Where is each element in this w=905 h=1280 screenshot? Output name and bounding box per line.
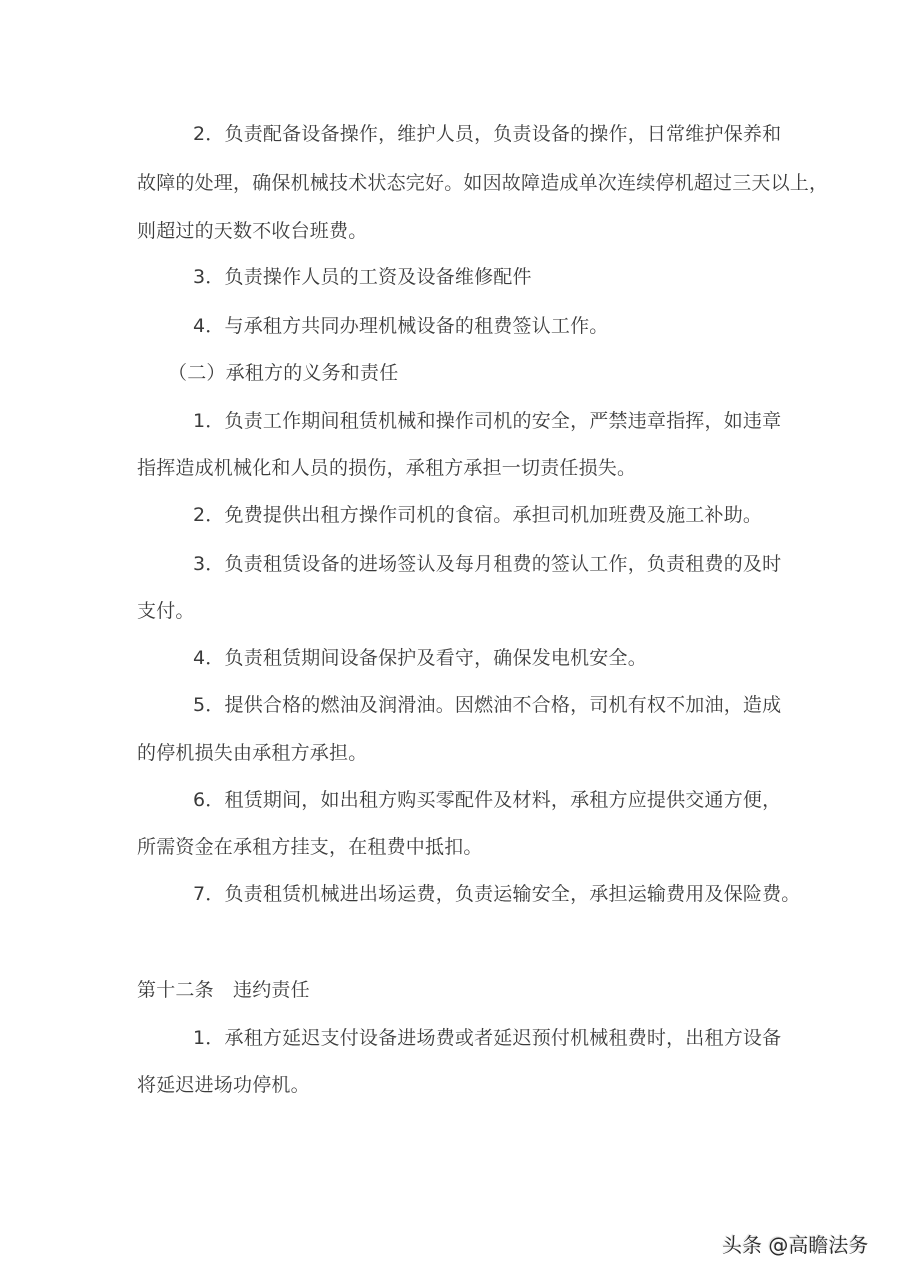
- lessee-item-5-line-2: 的停机损失由承租方承担。: [137, 741, 367, 765]
- lessee-item-1-line-1: 1．负责工作期间租赁机械和操作司机的安全，严禁违章指挥，如违章: [193, 409, 781, 433]
- section-heading-lessee: （二）承租方的义务和责任: [168, 361, 398, 385]
- lessee-item-3-line-1: 3．负责租赁设备的进场签认及每月租费的签认工作，负责租费的及时: [193, 552, 781, 576]
- lessor-item-2-line-1: 2．负责配备设备操作，维护人员，负责设备的操作，日常维护保养和: [193, 122, 781, 146]
- lessee-item-7: 7．负责租赁机械进出场运费，负责运输安全，承担运输费用及保险费。: [193, 882, 801, 906]
- lessor-item-2-line-2: 故障的处理，确保机械技术状态完好。如因故障造成单次连续停机超过三天以上，: [137, 171, 828, 195]
- lessee-item-3-line-2: 支付。: [137, 599, 195, 623]
- article-12-item-1-line-1: 1．承租方延迟支付设备进场费或者延迟预付机械租费时，出租方设备: [193, 1026, 781, 1050]
- lessee-item-6-line-1: 6．租赁期间，如出租方购买零配件及材料，承租方应提供交通方便，: [193, 788, 781, 812]
- lessor-item-4: 4．与承租方共同办理机械设备的租费签认工作。: [193, 314, 609, 338]
- lessee-item-1-line-2: 指挥造成机械化和人员的损伤，承租方承担一切责任损失。: [137, 456, 636, 480]
- article-12-heading: 第十二条 违约责任: [137, 978, 310, 1002]
- document-page: 2．负责配备设备操作，维护人员，负责设备的操作，日常维护保养和 故障的处理，确保…: [0, 0, 905, 1280]
- lessee-item-5-line-1: 5．提供合格的燃油及润滑油。因燃油不合格，司机有权不加油，造成: [193, 693, 781, 717]
- lessor-item-3: 3．负责操作人员的工资及设备维修配件: [193, 265, 532, 289]
- lessee-item-2: 2．免费提供出租方操作司机的食宿。承担司机加班费及施工补助。: [193, 503, 762, 527]
- watermark-text: 头条 @高瞻法务: [722, 1232, 868, 1258]
- lessor-item-2-line-3: 则超过的天数不收台班费。: [137, 219, 367, 243]
- lessee-item-4: 4．负责租赁期间设备保护及看守，确保发电机安全。: [193, 646, 647, 670]
- article-12-item-1-line-2: 将延迟进场功停机。: [137, 1073, 310, 1097]
- lessee-item-6-line-2: 所需资金在承租方挂支，在租费中抵扣。: [137, 835, 483, 859]
